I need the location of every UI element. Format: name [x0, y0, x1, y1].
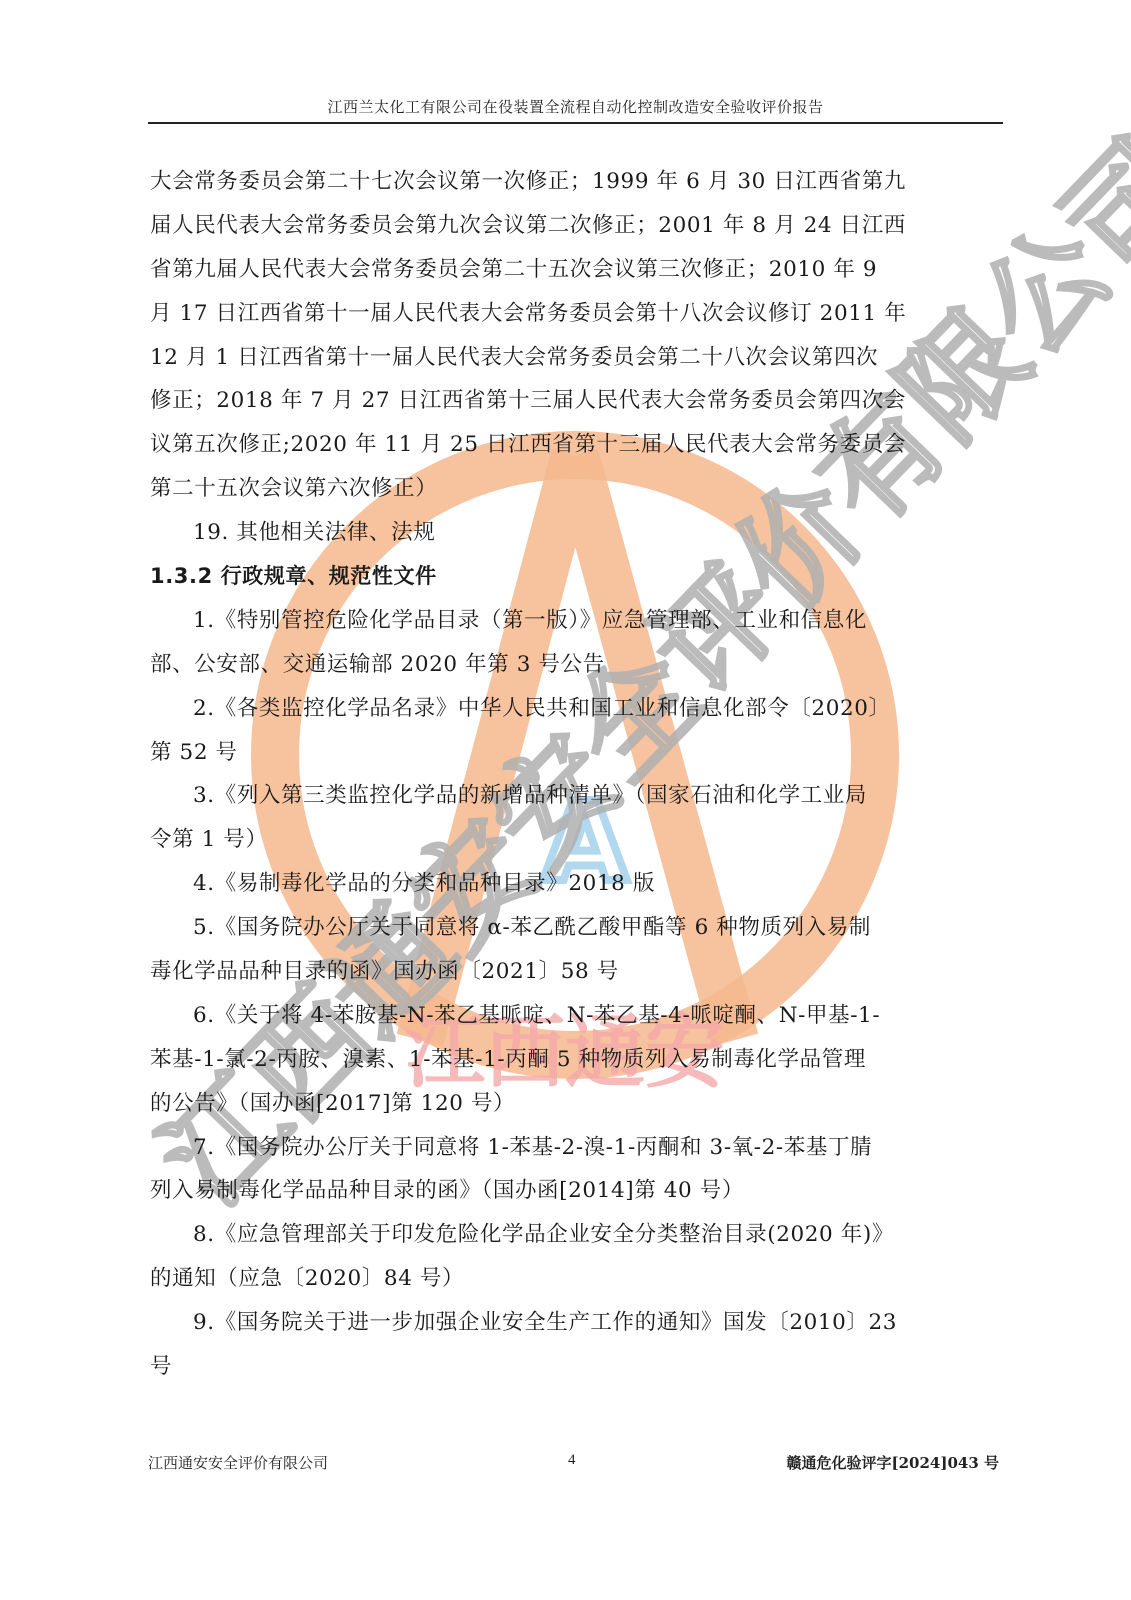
page-footer: 江西通安安全评价有限公司 4 赣通危化验评字[2024]043 号 — [148, 1452, 1003, 1474]
text-line: 19. 其他相关法律、法规 — [150, 511, 1002, 555]
text-line: 的公告》（国办函[2017]第 120 号） — [150, 1082, 1002, 1126]
document-body: 大会常务委员会第二十七次会议第一次修正；1999 年 6 月 30 日江西省第九… — [150, 160, 1002, 1389]
text-line: 12 月 1 日江西省第十一届人民代表大会常务委员会第二十八次会议第四次 — [150, 336, 1002, 380]
text-line: 4.《易制毒化学品的分类和品种目录》2018 版 — [150, 862, 1002, 906]
section-heading: 1.3.2 行政规章、规范性文件 — [150, 555, 1002, 599]
text-line: 7.《国务院办公厅关于同意将 1-苯基-2-溴-1-丙酮和 3-氧-2-苯基丁腈 — [150, 1126, 1002, 1170]
text-line: 月 17 日江西省第十一届人民代表大会常务委员会第十八次会议修订 2011 年 — [150, 292, 1002, 336]
text-line: 1.《特别管控危险化学品目录（第一版）》应急管理部、工业和信息化 — [150, 599, 1002, 643]
text-line: 修正；2018 年 7 月 27 日江西省第十三届人民代表大会常务委员会第四次会 — [150, 379, 1002, 423]
text-line: 第二十五次会议第六次修正） — [150, 467, 1002, 511]
text-line: 届人民代表大会常务委员会第九次会议第二次修正；2001 年 8 月 24 日江西 — [150, 204, 1002, 248]
text-line: 大会常务委员会第二十七次会议第一次修正；1999 年 6 月 30 日江西省第九 — [150, 160, 1002, 204]
header-divider — [148, 122, 1003, 124]
text-line: 6.《关于将 4-苯胺基-N-苯乙基哌啶、N-苯乙基-4-哌啶酮、N-甲基-1- — [150, 994, 1002, 1038]
text-line: 列入易制毒化学品品种目录的函》（国办函[2014]第 40 号） — [150, 1169, 1002, 1213]
footer-company: 江西通安安全评价有限公司 — [148, 1452, 328, 1473]
text-line: 号 — [150, 1345, 1002, 1389]
page-number: 4 — [568, 1452, 576, 1469]
text-line: 议第五次修正;2020 年 11 月 25 日江西省第十三届人民代表大会常务委员… — [150, 423, 1002, 467]
page-header-title: 江西兰太化工有限公司在役装置全流程自动化控制改造安全验收评价报告 — [148, 96, 1003, 117]
footer-document-number: 赣通危化验评字[2024]043 号 — [787, 1452, 999, 1473]
text-line: 省第九届人民代表大会常务委员会第二十五次会议第三次修正；2010 年 9 — [150, 248, 1002, 292]
text-line: 第 52 号 — [150, 731, 1002, 775]
text-line: 5.《国务院办公厅关于同意将 α-苯乙酰乙酸甲酯等 6 种物质列入易制 — [150, 906, 1002, 950]
text-line: 部、公安部、交通运输部 2020 年第 3 号公告 — [150, 643, 1002, 687]
text-line: 9.《国务院关于进一步加强企业安全生产工作的通知》国发〔2010〕23 — [150, 1301, 1002, 1345]
text-line: 毒化学品品种目录的函》国办函〔2021〕58 号 — [150, 950, 1002, 994]
text-line: 2.《各类监控化学品名录》中华人民共和国工业和信息化部令〔2020〕 — [150, 687, 1002, 731]
text-line: 令第 1 号） — [150, 818, 1002, 862]
text-line: 的通知（应急〔2020〕84 号） — [150, 1257, 1002, 1301]
text-line: 3.《列入第三类监控化学品的新增品种清单》（国家石油和化学工业局 — [150, 774, 1002, 818]
text-line: 苯基-1-氯-2-丙胺、溴素、1-苯基-1-丙酮 5 种物质列入易制毒化学品管理 — [150, 1038, 1002, 1082]
text-line: 8.《应急管理部关于印发危险化学品企业安全分类整治目录(2020 年)》 — [150, 1213, 1002, 1257]
